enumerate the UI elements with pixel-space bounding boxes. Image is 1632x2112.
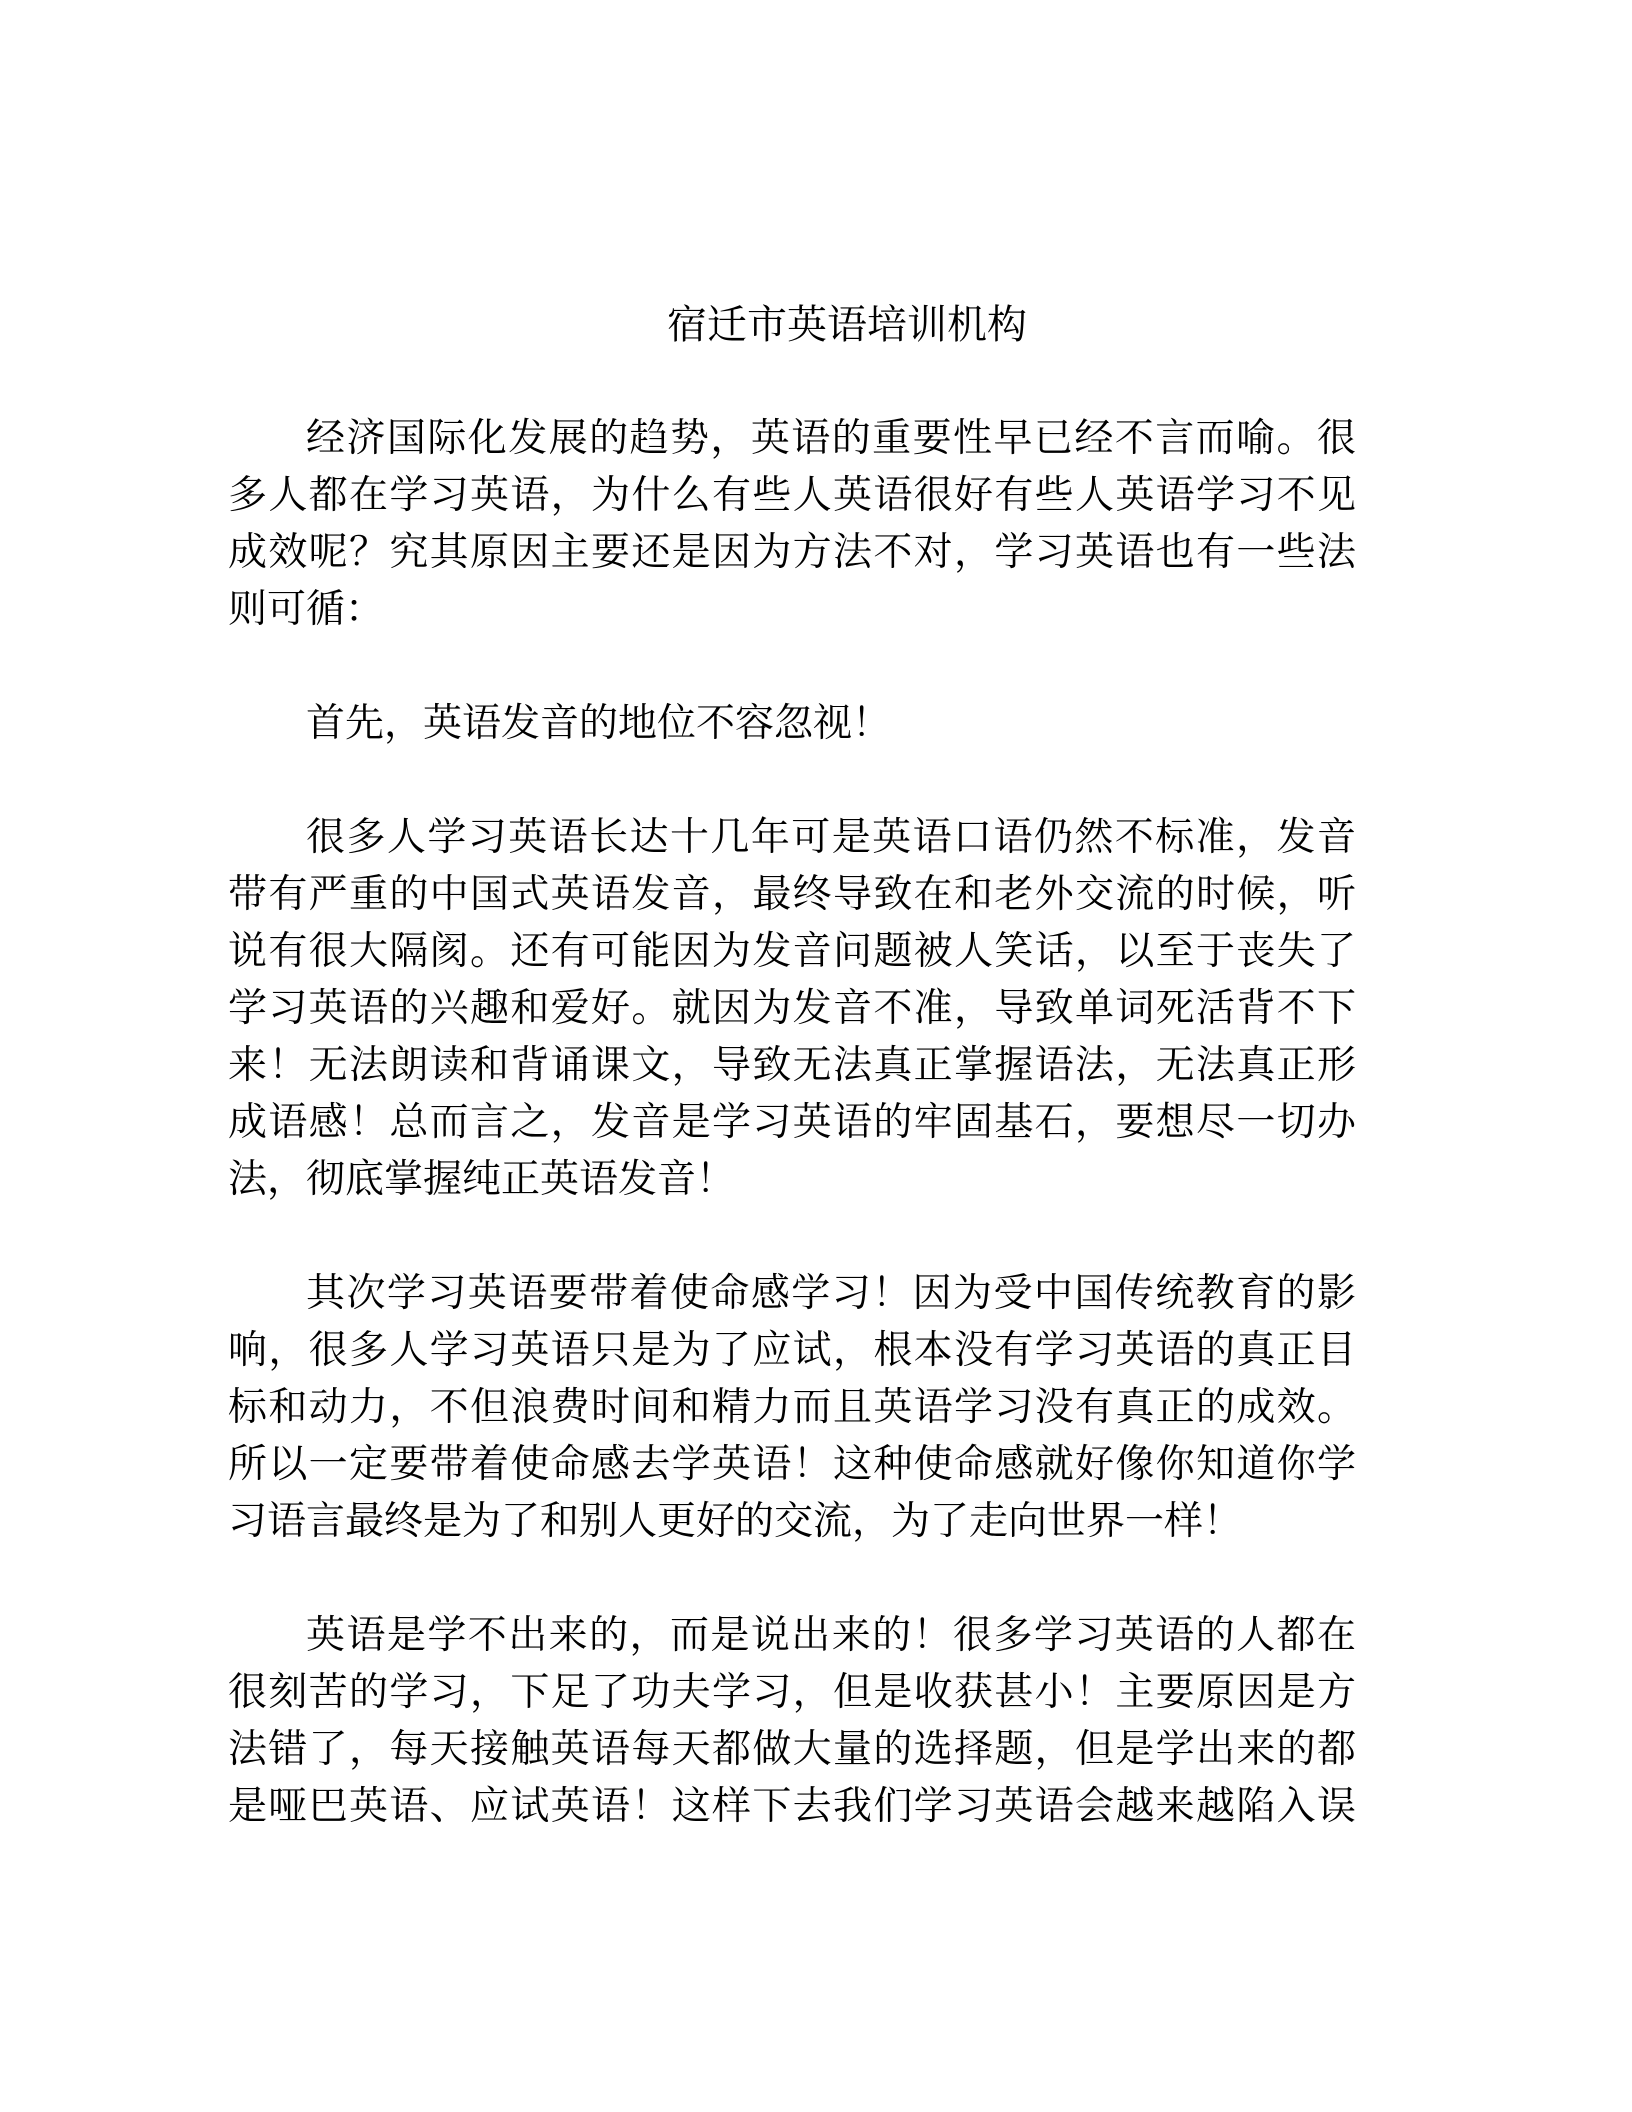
text-line: 习语言最终是为了和别人更好的交流，为了走向世界一样！ [228,1493,1356,1550]
paragraph: 其次学习英语要带着使命感学习！因为受中国传统教育的影响，很多人学习英语只是为了应… [228,1265,1356,1550]
text-line: 成效呢？究其原因主要还是因为方法不对，学习英语也有一些法 [228,524,1356,581]
paragraph: 英语是学不出来的，而是说出来的！很多学习英语的人都在很刻苦的学习，下足了功夫学习… [228,1607,1356,1835]
text-line: 法，彻底掌握纯正英语发音！ [228,1151,1356,1208]
paragraph: 首先，英语发音的地位不容忽视！ [228,695,1356,752]
text-line: 很多人学习英语长达十几年可是英语口语仍然不标准，发音 [228,809,1356,866]
text-line: 说有很大隔阂。还有可能因为发音问题被人笑话，以至于丧失了 [228,923,1356,980]
text-line: 是哑巴英语、应试英语！这样下去我们学习英语会越来越陷入误 [228,1778,1356,1835]
document-page: 宿迁市英语培训机构 经济国际化发展的趋势，英语的重要性早已经不言而喻。很多人都在… [0,0,1632,2112]
text-line: 多人都在学习英语，为什么有些人英语很好有些人英语学习不见 [228,467,1356,524]
text-line: 来！无法朗读和背诵课文，导致无法真正掌握语法，无法真正形 [228,1037,1356,1094]
text-line: 经济国际化发展的趋势，英语的重要性早已经不言而喻。很 [228,410,1356,467]
paragraph: 很多人学习英语长达十几年可是英语口语仍然不标准，发音带有严重的中国式英语发音，最… [228,809,1356,1208]
text-line: 很刻苦的学习，下足了功夫学习，但是收获甚小！主要原因是方 [228,1664,1356,1721]
text-line: 带有严重的中国式英语发音，最终导致在和老外交流的时候，听 [228,866,1356,923]
text-line: 响，很多人学习英语只是为了应试，根本没有学习英语的真正目 [228,1322,1356,1379]
text-line: 则可循： [228,581,1356,638]
text-line: 其次学习英语要带着使命感学习！因为受中国传统教育的影 [228,1265,1356,1322]
text-line: 所以一定要带着使命感去学英语！这种使命感就好像你知道你学 [228,1436,1356,1493]
paragraph: 经济国际化发展的趋势，英语的重要性早已经不言而喻。很多人都在学习英语，为什么有些… [228,410,1356,638]
text-line: 英语是学不出来的，而是说出来的！很多学习英语的人都在 [228,1607,1356,1664]
text-line: 成语感！总而言之，发音是学习英语的牢固基石，要想尽一切办 [228,1094,1356,1151]
page-title: 宿迁市英语培训机构 [228,296,1356,353]
document-content: 宿迁市英语培训机构 经济国际化发展的趋势，英语的重要性早已经不言而喻。很多人都在… [228,296,1356,1835]
text-line: 法错了，每天接触英语每天都做大量的选择题，但是学出来的都 [228,1721,1356,1778]
text-line: 标和动力，不但浪费时间和精力而且英语学习没有真正的成效。 [228,1379,1356,1436]
text-line: 首先，英语发音的地位不容忽视！ [228,695,1356,752]
text-line: 学习英语的兴趣和爱好。就因为发音不准，导致单词死活背不下 [228,980,1356,1037]
document-body: 经济国际化发展的趋势，英语的重要性早已经不言而喻。很多人都在学习英语，为什么有些… [228,410,1356,1835]
